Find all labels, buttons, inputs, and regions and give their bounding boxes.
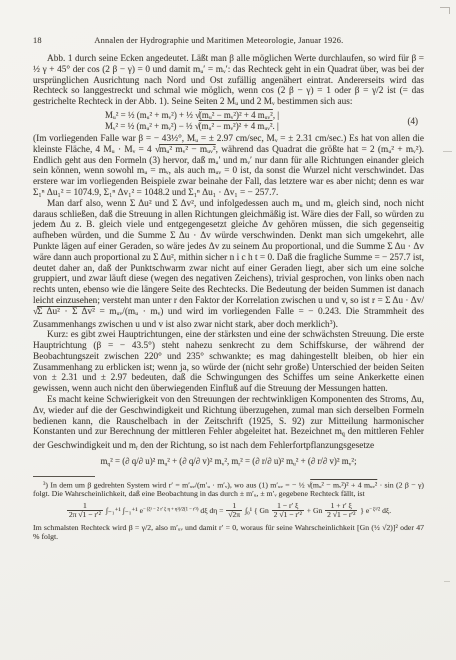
journal-title: Annalen der Hydrographie und Maritimen M… bbox=[42, 36, 424, 45]
page-number: 18 bbox=[33, 36, 42, 45]
equation-4-line-1: Mᵤ² = ½ (mᵤ² + mᵥ²) + ½ √(mᵤ² − mᵥ²)² + … bbox=[105, 110, 408, 121]
equation-4: Mᵤ² = ½ (mᵤ² + mᵥ²) + ½ √(mᵤ² − mᵥ²)² + … bbox=[33, 110, 424, 132]
paragraph-1: Abb. 1 durch seine Ecken angedeutet. Läß… bbox=[33, 54, 424, 108]
footnote-separator bbox=[33, 476, 95, 477]
paragraph-2: (Im vorliegenden Falle war β = − 43½°, M… bbox=[33, 134, 424, 199]
paragraph-3: Man darf also, wenn Σ Δu² und Σ Δv², und… bbox=[33, 199, 424, 330]
equation-number: (4) bbox=[408, 116, 425, 127]
paragraph-4: Kurz: es gibt zwei Hauptrichtungen, eine… bbox=[33, 330, 424, 395]
footnote: 3) In dem um β gedrehten System wird r′ … bbox=[33, 480, 424, 542]
error-propagation-formula: mq² = (∂ q/∂ u)² mu² + (∂ q/∂ v)² mv², m… bbox=[33, 456, 424, 470]
footnote-text-1: 3) In dem um β gedrehten System wird r′ … bbox=[33, 480, 424, 499]
footnote-text-2: Im schmalsten Rechteck wird β = γ/2, als… bbox=[33, 523, 424, 542]
scan-artifact-corner bbox=[440, 7, 450, 14]
page-body: Abb. 1 durch seine Ecken angedeutet. Läß… bbox=[33, 54, 424, 542]
footnote-integral-formula: 12π √1 − r′² ∫₋₁⁺¹ ∫₋₁⁺¹ e− (ξ² − 2 r′ ξ… bbox=[33, 502, 424, 520]
page-header: 18 Annalen der Hydrographie und Maritime… bbox=[33, 36, 424, 45]
equation-4-lines: Mᵤ² = ½ (mᵤ² + mᵥ²) + ½ √(mᵤ² − mᵥ²)² + … bbox=[33, 110, 408, 132]
scan-artifact-dash bbox=[443, 151, 452, 152]
paragraph-5: Es macht keine Schwierigkeit von den Str… bbox=[33, 395, 424, 454]
equation-4-line-2: Mᵥ² = ½ (mᵤ² + mᵥ²) − ½ √(mᵤ² − mᵥ²)² + … bbox=[105, 121, 408, 132]
journal-scan-page: 18 Annalen der Hydrographie und Maritime… bbox=[0, 0, 456, 660]
scan-artifact-dash bbox=[444, 581, 450, 582]
